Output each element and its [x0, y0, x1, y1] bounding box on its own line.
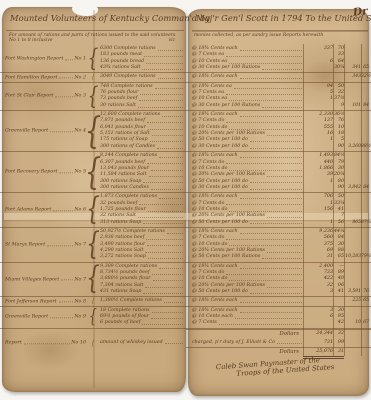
leader-dots [140, 90, 183, 95]
report-name: Greenville Report [5, 128, 48, 133]
ration-item-text: 300 rations of Candles [100, 144, 155, 150]
total-cents: 32 [333, 331, 344, 337]
amount-dollars [303, 74, 333, 80]
rate-text: @ 7 Cents [192, 320, 217, 326]
report-number: No 3 [74, 94, 86, 99]
leader-dots [143, 289, 183, 294]
report-name: Fort Recovery Report [5, 169, 57, 174]
total-dollars: 24,344 [303, 331, 333, 337]
leader-dots [240, 229, 302, 234]
ration-item-text: 3,272 rations Soap [100, 254, 146, 260]
ledger-group-right: @ 18¾ Cents ea9450@ 7 Cents ea532@ 10 Ce… [186, 83, 371, 111]
subtotal-spacer [361, 331, 369, 337]
whiskey-row: Report No 10 { amount of whiskey issued [0, 339, 371, 348]
report-number: No 6 [74, 207, 86, 212]
leader-dots [250, 179, 302, 184]
brace-mark: { [89, 193, 97, 227]
leader-dots [240, 264, 302, 269]
ledger-group-right: @ 18¾ Cents each1,49384½@ 7 Cents do4407… [186, 152, 371, 193]
report-name: Greenville Report [5, 315, 48, 320]
ledger-group: Fort Recovery ReportNo 5{8,144 Complete … [0, 152, 371, 193]
leader-dots [267, 248, 302, 253]
leader-dots [152, 308, 183, 313]
report-number: No 10 [71, 341, 86, 346]
rate-row: @ 7 Cents421067 [192, 320, 369, 326]
report-number: No 8 [74, 299, 86, 304]
leader-dots [267, 131, 302, 136]
ledger-scan: Mounted Volunteers of Kentucky Comman'd … [0, 0, 371, 400]
leader-dots [240, 74, 302, 79]
brace-mark: { [89, 228, 97, 262]
ration-items: 12,600 Complete rations7,871 pounds beef… [100, 112, 184, 150]
rate-line: @ 7 Cents [192, 320, 303, 326]
amount-dollars [303, 298, 333, 304]
subtotal-dollars: 865 [344, 220, 361, 226]
leader-dots [229, 276, 302, 281]
leader-dots [24, 341, 71, 345]
whiskey-left: Report No 10 { amount of whiskey issued [0, 339, 186, 348]
ledger-group-left: St Marys ReportNo 7{50,927½ Complete rat… [0, 228, 186, 263]
ration-items: 18 Complete rations69½ pounds of flour6 … [100, 308, 184, 327]
leader-dots [250, 185, 302, 190]
left-subheading-line2: No 1 to 8 inclusive [9, 38, 53, 43]
leader-dots [150, 137, 183, 142]
amount-cents: 56 [333, 220, 344, 226]
subtotal-spacer [344, 340, 361, 346]
brace-mark: { [89, 297, 97, 305]
rate-text: @ 18¾ Cents each [192, 298, 238, 304]
leader-dots [226, 235, 302, 240]
whiskey-charge-text: charged, p'r duty of J. Elliott & Co [192, 340, 275, 346]
rate-row: @ 30 Cents per 100 do903,26088½ [192, 144, 369, 150]
rate-text: @ 18¾ Cents each [192, 74, 238, 80]
report-number: No 2 [74, 75, 86, 80]
ledger-group-left: Fort Adams ReportNo 6{1,873 Complete rat… [0, 193, 186, 228]
report-label: Miami Villages ReportNo 7 [5, 277, 86, 282]
leader-dots [159, 264, 183, 269]
ledger-rows: Fort Washington ReportNo 1{6300 Complete… [0, 45, 371, 360]
rate-row: @ 50 Cents per 100 do3413,59176 [192, 289, 369, 295]
leader-dots [59, 75, 73, 79]
amount-cents: 90 [333, 185, 344, 191]
ration-item-text: 431 rations Soap [100, 289, 141, 295]
amount-cents: 65 [333, 254, 344, 260]
report-name: Fort St Clair Report [5, 94, 53, 99]
ledger-group: Fort St Clair ReportNo 3{748 Complete ra… [0, 83, 371, 111]
leader-dots [151, 314, 183, 319]
leader-dots [59, 169, 73, 173]
leader-dots [152, 270, 183, 275]
ration-item: 300 rations of Candles [100, 144, 184, 150]
leader-dots [155, 84, 183, 89]
amount-dollars [303, 185, 333, 191]
rate-line: @ 18¾ Cents each [192, 298, 303, 304]
leader-dots [162, 112, 183, 117]
report-number: No 1 [74, 56, 86, 61]
ration-item: 431 rations Soap [100, 289, 184, 295]
leader-dots [152, 131, 183, 136]
leader-dots [262, 254, 302, 259]
ration-items: 748 Complete rations76 pounds flour73 po… [100, 84, 184, 109]
leader-dots [153, 276, 183, 281]
leader-dots [167, 229, 183, 234]
rate-row: @ 50 Cents per 100 do15686587¾ [192, 220, 369, 226]
leader-dots [157, 144, 183, 149]
report-label: Greenville ReportNo 9 [5, 315, 86, 320]
leader-dots [250, 220, 302, 225]
leader-dots [145, 248, 183, 253]
leader-dots [229, 242, 302, 247]
report-name: Fort Washington Report [5, 56, 63, 61]
subtotal-dollars: 343 [344, 74, 361, 80]
report-number: No 9 [74, 315, 86, 320]
dollars-word: Dollars [192, 331, 303, 337]
rate-text: @ 50 Cents per 100 do [192, 220, 248, 226]
ration-item: 313 rations Soap [100, 220, 184, 226]
leader-dots [148, 207, 183, 212]
subtotal-spacer [344, 331, 361, 337]
rate-line: @ 30 Cents per 100 Rations [192, 65, 303, 71]
total-row-first: Dollars 24,344 32 [0, 329, 371, 339]
ration-items: 9,309 Complete rations8,734½ pounds beef… [100, 264, 184, 296]
ledger-group-left: Greenville ReportNo 9{18 Complete ration… [0, 307, 186, 329]
leader-dots [158, 74, 183, 79]
brace-mark: { [89, 152, 97, 192]
subtotal-dollars: 341 [344, 65, 361, 71]
total-left-spacer [0, 348, 186, 360]
ledger-group: Fort Washington ReportNo 1{6300 Complete… [0, 45, 371, 73]
document-title-left: Mounted Volunteers of Kentucky Comman'd … [10, 13, 186, 23]
brace-mark: { [89, 111, 97, 151]
leader-dots [219, 320, 302, 325]
leader-dots [240, 153, 302, 158]
whiskey-right: charged, p'r duty of J. Elliott & Co 731… [186, 339, 371, 348]
leader-dots [229, 125, 302, 130]
right-subheading: monies collected, as per sundry issue Re… [194, 33, 368, 38]
leader-dots [226, 90, 302, 95]
report-label: Fort St Clair ReportNo 3 [5, 94, 86, 99]
leader-dots [65, 56, 73, 60]
brace-mark: { [89, 45, 97, 72]
leader-dots [240, 308, 302, 313]
report-name: Fort Adams Report [5, 207, 51, 212]
rate-line: @ 30 Cents per 100 do [192, 185, 303, 191]
rate-line: @ 30 Cents per 100 do [192, 144, 303, 150]
ration-items: 8,144 Complete rations6,307 pounds beef1… [100, 153, 184, 191]
report-name: Fort Jefferson Report [5, 299, 57, 304]
rate-row: @ 18¾ Cents each34332½ [192, 74, 369, 80]
brace-mark: { [89, 83, 97, 110]
ledger-group-right: @ 18¾ Cents each34332½ [186, 73, 371, 82]
brace-mark: { [89, 263, 97, 297]
amount-dollars: 31 [303, 254, 333, 260]
ration-item: 30 rations Salt [100, 103, 184, 109]
ration-item-text: 1,380½ Complete rations [100, 298, 162, 304]
ledger-group-right: @ 18¾ Cents each33770@ 7 Cents ea33@ 10 … [186, 45, 371, 73]
ration-item-text: 43¾ rations Salt [100, 65, 140, 71]
report-number: No 7 [74, 277, 86, 282]
rate-line: @ 50 Cents per 100 do [192, 289, 303, 295]
leader-dots [235, 314, 302, 319]
amount-dollars: 731 [303, 340, 333, 346]
leader-dots [146, 235, 183, 240]
rate-text: @ 50 Cents per 100 Rations [192, 254, 260, 260]
subtotal-cents: 65 [361, 298, 369, 304]
ledger-group-left: Fort Recovery ReportNo 5{8,144 Complete … [0, 152, 186, 193]
ledger-group: Miami Villages ReportNo 7{9,309 Complete… [0, 263, 371, 298]
report-label: St Marys ReportNo 7 [5, 242, 86, 247]
subtotal-cents: 84 [361, 103, 369, 109]
subtotal-dollars: 3,842 [344, 185, 361, 191]
leader-dots [229, 207, 302, 212]
leader-dots [262, 65, 302, 70]
rate-text: @ 30 Cents per 100 do [192, 144, 248, 150]
leader-dots [250, 144, 302, 149]
ration-item-text: 313 rations Soap [100, 220, 141, 226]
amount-dollars [303, 65, 333, 71]
ledger-group-left: Fort Washington ReportNo 1{6300 Complete… [0, 45, 186, 73]
subtotal-spacer [361, 340, 369, 346]
ledger-group-right: @ 18¾ Cents each70650@ 7 Cents do133¼@ 1… [186, 193, 371, 228]
subtotal-cents: 67 [361, 320, 369, 326]
subtotal-dollars: 10,283 [344, 254, 361, 260]
rate-row: @ 50 Cents per 100 Rations316510,28379½ [192, 254, 369, 260]
rate-text: @ 30 Cents per 100 do [192, 185, 248, 191]
leader-dots [145, 283, 183, 288]
leader-dots [138, 213, 183, 218]
report-label: Fort Adams ReportNo 6 [5, 207, 86, 212]
leader-dots [229, 96, 302, 101]
leader-dots [250, 137, 302, 142]
rate-line: @ 30 Cents per 100 Rations [192, 103, 303, 109]
ration-item-text: 30 rations Salt [100, 103, 136, 109]
leader-dots [151, 166, 183, 171]
ration-items: 3049 Complete rations [100, 74, 184, 80]
leader-dots [147, 160, 183, 165]
rate-row: @ 30 Cents per 100 Rations30¼34165 [192, 65, 369, 71]
leader-dots [267, 172, 302, 177]
ration-item-text: amount of whiskey issued [100, 340, 163, 346]
groups: Fort Washington ReportNo 1{6300 Complete… [0, 45, 371, 329]
rate-line: @ 18¾ Cents each [192, 74, 303, 80]
leader-dots [142, 320, 183, 325]
leader-dots [165, 340, 183, 345]
ledger-group: St Marys ReportNo 7{50,927½ Complete rat… [0, 228, 371, 263]
subtotal-cents: 84 [361, 185, 369, 191]
amount-cents: 42 [333, 320, 344, 326]
leader-dots [144, 52, 183, 57]
ledger-group: Fort Adams ReportNo 6{1,873 Complete rat… [0, 193, 371, 228]
leader-dots [146, 59, 183, 64]
leader-dots [139, 96, 183, 101]
leader-dots [147, 118, 183, 123]
left-subheading: For amount of rations and parts of ratio… [9, 33, 185, 44]
leader-dots [47, 242, 73, 246]
rate-text: @ 30 Cents per 100 Rations [192, 103, 260, 109]
amount-dollars [303, 103, 333, 109]
leader-dots [240, 112, 302, 117]
leader-dots [277, 340, 302, 345]
ledger-group-left: Greenville ReportNo 4{12,600 Complete ra… [0, 111, 186, 152]
leader-dots [55, 94, 73, 98]
leader-dots [226, 52, 302, 57]
ration-items: amount of whiskey issued [100, 340, 184, 346]
ledger-group-right: @ 18¾ Cents each22565 [186, 297, 371, 306]
amount-dollars [303, 144, 333, 150]
total-right: Dollars 24,344 32 [186, 329, 371, 339]
leader-dots [143, 179, 183, 184]
leader-dots [229, 166, 302, 171]
ledger-group-right: @ 18¾ Cents each2,400—@ 7 Cents do73389@… [186, 263, 371, 298]
report-name: Miami Villages Report [5, 277, 59, 282]
ledger-group-left: Fort St Clair ReportNo 3{748 Complete ra… [0, 83, 186, 111]
amount-cents: 9 [333, 103, 344, 109]
leader-dots [159, 194, 183, 199]
leader-dots [138, 103, 183, 108]
report-name: Report [5, 341, 22, 346]
report-label: Fort Hamilton ReportNo 2 [5, 75, 86, 80]
ledger-group-right: @ 18¾ Cents each2,33036½@ 7 Cents do1377… [186, 111, 371, 152]
ration-item: 3049 Complete rations [100, 74, 184, 80]
ration-items: 6300 Complete rations183 pounds meat136 … [100, 46, 184, 71]
ledger-group: Greenville ReportNo 9{18 Complete ration… [0, 307, 371, 329]
leader-dots [240, 298, 302, 303]
dollars-total-row: Dollars 24,344 32 [192, 331, 369, 337]
amount-dollars [303, 320, 333, 326]
amount-cents: 90 [333, 144, 344, 150]
leader-dots [159, 153, 183, 158]
document-title-right: Maj'r Gen'l Scott in 1794 To the United … [196, 13, 346, 23]
ration-item: 43¾ rations Salt [100, 65, 184, 71]
leader-dots [226, 118, 302, 123]
leader-dots [262, 103, 302, 108]
ration-items: 50,927½ Complete rations2,938 rations be… [100, 229, 184, 261]
leader-dots [143, 220, 183, 225]
amount-cents: 30¼ [333, 65, 344, 71]
report-number: No 7 [74, 242, 86, 247]
leader-dots [50, 315, 73, 319]
amount-cents [333, 74, 344, 80]
leader-dots [142, 65, 183, 70]
ledger-group-right: @ 18¾ Cents each9,23644¼@ 7 Cents do5608… [186, 228, 371, 263]
ration-item-text: 300 rations Candles [100, 185, 149, 191]
leader-dots [226, 160, 302, 165]
leader-dots [50, 128, 73, 132]
ledger-group-left: Miami Villages ReportNo 7{9,309 Complete… [0, 263, 186, 298]
rate-line: @ 50 Cents per 100 Rations [192, 254, 303, 260]
report-name: Fort Hamilton Report [5, 75, 57, 80]
subtotal-dollars: 3,591 [344, 289, 361, 295]
leader-dots [147, 242, 183, 247]
subtotal-cents: 79½ [361, 254, 369, 260]
leader-dots [148, 125, 183, 130]
leader-dots [59, 299, 74, 303]
subtotal-cents: 87¾ [361, 220, 369, 226]
amount-dollars: 1 [303, 220, 333, 226]
ration-item: 6 pounds of beef [100, 320, 184, 326]
ration-items: 1,873 Complete rations32 pounds beef1,72… [100, 194, 184, 226]
report-label: Fort Recovery ReportNo 5 [5, 169, 86, 174]
report-label: Report No 10 [5, 341, 86, 346]
rate-row: @ 18¾ Cents each22565 [192, 298, 369, 304]
amount-cents: 41 [333, 289, 344, 295]
ration-item-text: 6 pounds of beef [100, 320, 140, 326]
whiskey-charge-line: charged, p'r duty of J. Elliott & Co [192, 340, 303, 346]
brace-mark: { [89, 307, 97, 328]
brace-mark: { [89, 339, 97, 348]
rate-row: @ 30 Cents per 100 Rations910184 [192, 103, 369, 109]
amount-dollars: 3 [303, 289, 333, 295]
leader-dots [226, 270, 302, 275]
leader-dots [61, 277, 73, 281]
subtotal-cents: 32½ [361, 74, 369, 80]
subtotal-dollars: 101 [344, 103, 361, 109]
whiskey-amount-row: charged, p'r duty of J. Elliott & Co 731… [192, 340, 369, 346]
report-label: Fort Washington ReportNo 1 [5, 56, 86, 61]
leader-dots [250, 289, 302, 294]
amount-cents: 99 [333, 340, 344, 346]
viz-mark: viz [169, 38, 176, 43]
leader-dots [53, 207, 73, 211]
leader-dots [148, 254, 183, 259]
rate-row: @ 30 Cents per 100 do903,84284 [192, 185, 369, 191]
ledger-group: Fort Hamilton ReportNo 2{3049 Complete r… [0, 73, 371, 82]
total-left-spacer [0, 329, 186, 339]
leader-dots [158, 46, 183, 51]
rate-text: @ 30 Cents per 100 Rations [192, 65, 260, 71]
subtotal-dollars: 10 [344, 320, 361, 326]
rate-line: @ 50 Cents per 100 do [192, 220, 303, 226]
leader-dots [229, 59, 302, 64]
subtotal-cents: 88½ [361, 144, 369, 150]
leader-dots [164, 298, 183, 303]
report-label: Fort Jefferson ReportNo 8 [5, 299, 86, 304]
leader-dots [151, 185, 183, 190]
report-label: Greenville ReportNo 4 [5, 128, 86, 133]
leader-dots [240, 46, 302, 51]
leader-dots [267, 213, 302, 218]
ledger-group: Fort Jefferson ReportNo 8{1,380½ Complet… [0, 297, 371, 306]
subtotal-cents: 76 [361, 289, 369, 295]
leader-dots [234, 84, 302, 89]
ledger-group: Greenville ReportNo 4{12,600 Complete ra… [0, 111, 371, 152]
leader-dots [226, 201, 302, 206]
ration-item-text: 3049 Complete rations [100, 74, 156, 80]
rate-text: @ 50 Cents per 100 do [192, 289, 248, 295]
leader-dots [139, 201, 183, 206]
subtotal-dollars: 225 [344, 298, 361, 304]
subtotal-cents: 65 [361, 65, 369, 71]
ration-item: 300 rations Candles [100, 185, 184, 191]
leader-dots [149, 172, 184, 177]
leader-dots [240, 194, 302, 199]
leader-dots [267, 283, 302, 288]
ration-item: amount of whiskey issued [100, 340, 184, 346]
ration-items: 1,380½ Complete rations [100, 298, 184, 304]
report-name: St Marys Report [5, 242, 45, 247]
subtotal-dollars: 3,260 [344, 144, 361, 150]
amount-cents [333, 298, 344, 304]
ledger-group-right: @ 18¾ Cents each330@ 10 Cents each695@ 7… [186, 307, 371, 329]
ration-item: 3,272 rations Soap [100, 254, 184, 260]
debtor-mark: Dr [353, 5, 369, 18]
ration-item: 1,380½ Complete rations [100, 298, 184, 304]
ledger-content: Mounted Volunteers of Kentucky Comman'd … [0, 0, 371, 400]
